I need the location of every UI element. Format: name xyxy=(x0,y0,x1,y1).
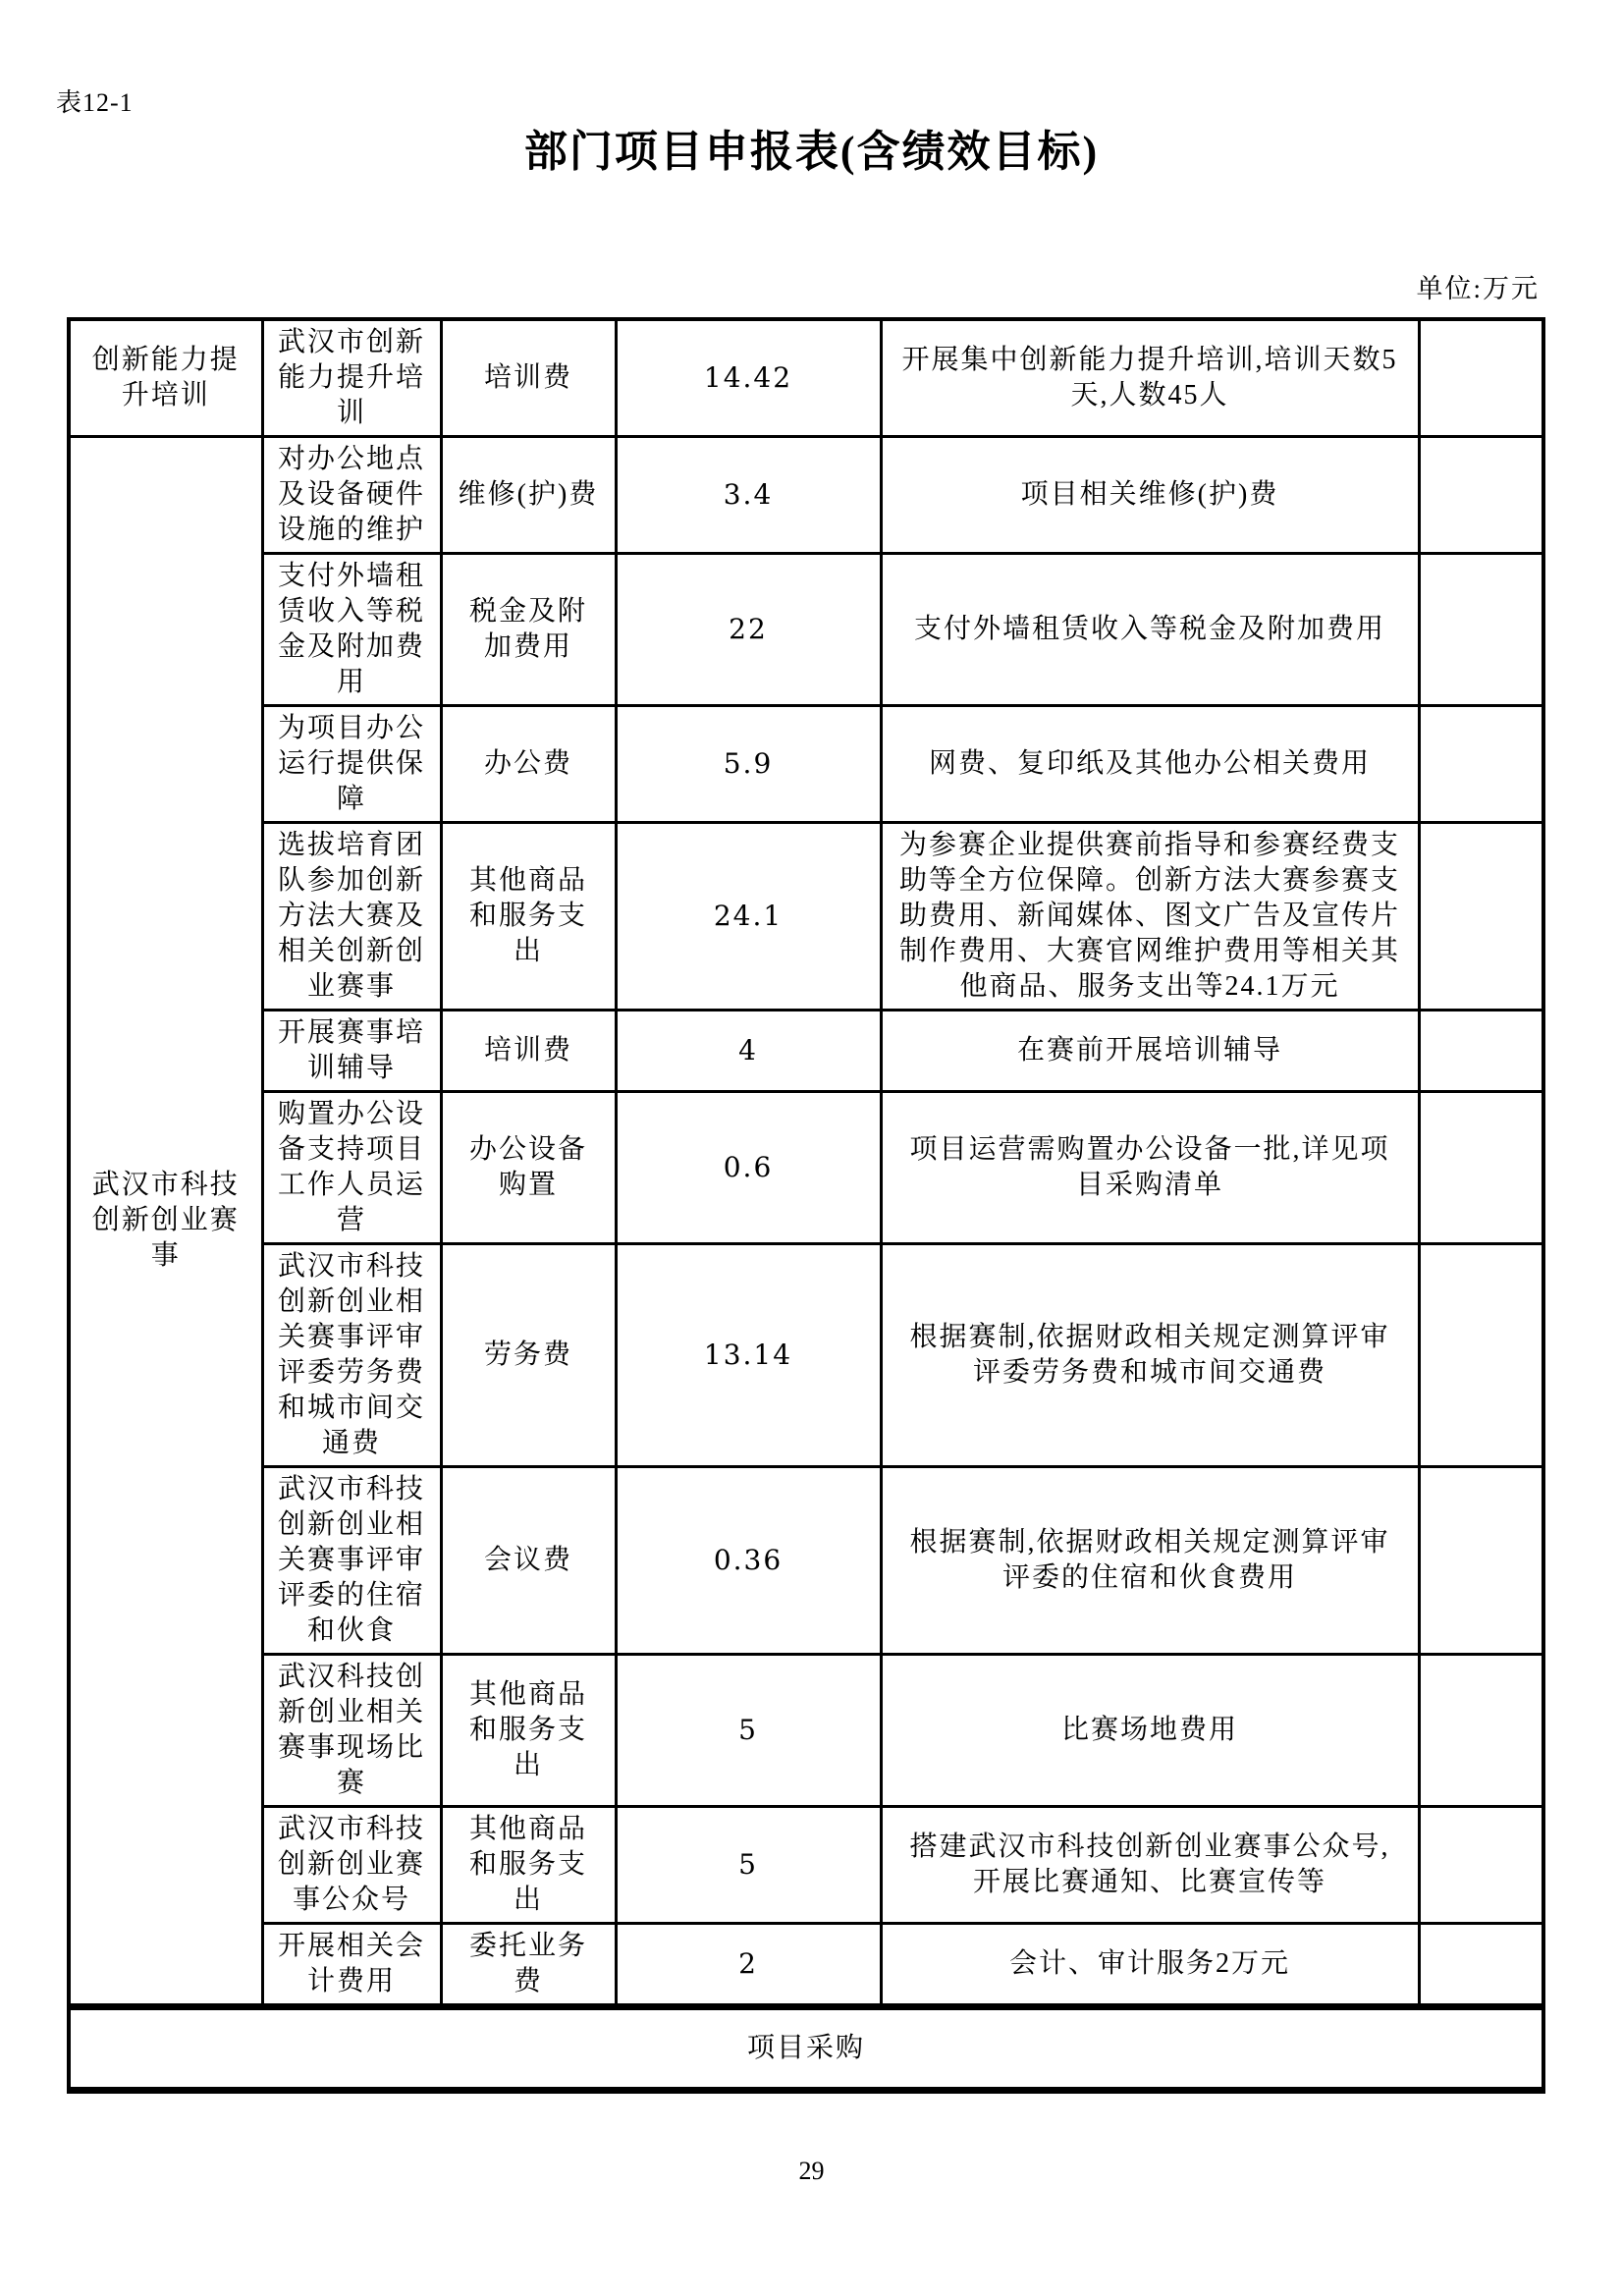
page-number: 29 xyxy=(0,2157,1623,2186)
table-number-label: 表12-1 xyxy=(56,82,134,119)
description-cell: 为参赛企业提供赛前指导和参赛经费支助等全方位保障。创新方法大赛参赛支助费用、新闻… xyxy=(881,823,1419,1011)
item-cell: 购置办公设备支持项目工作人员运营 xyxy=(262,1092,441,1244)
description-cell: 比赛场地费用 xyxy=(881,1655,1419,1807)
item-cell: 武汉科技创新创业相关赛事现场比赛 xyxy=(262,1655,441,1807)
description-cell: 根据赛制,依据财政相关规定测算评审评委的住宿和伙食费用 xyxy=(881,1467,1419,1655)
empty-cell xyxy=(1419,1011,1543,1092)
description-cell: 根据赛制,依据财政相关规定测算评审评委劳务费和城市间交通费 xyxy=(881,1244,1419,1467)
table-row: 购置办公设备支持项目工作人员运营 办公设备购置 0.6 项目运营需购置办公设备一… xyxy=(69,1092,1543,1244)
item-cell: 对办公地点及设备硬件设施的维护 xyxy=(262,437,441,554)
item-cell: 开展相关会计费用 xyxy=(262,1924,441,2007)
empty-cell xyxy=(1419,437,1543,554)
unit-note: 单位:万元 xyxy=(1416,267,1540,305)
expense-type-cell: 税金及附加费用 xyxy=(441,554,616,706)
empty-cell xyxy=(1419,823,1543,1011)
table-row: 选拔培育团队参加创新方法大赛及相关创新创业赛事 其他商品和服务支出 24.1 为… xyxy=(69,823,1543,1011)
table-row: 武汉科技创新创业相关赛事现场比赛 其他商品和服务支出 5 比赛场地费用 xyxy=(69,1655,1543,1807)
empty-cell xyxy=(1419,1467,1543,1655)
category-cell-merged: 武汉市科技创新创业赛事 xyxy=(69,437,262,2007)
amount-cell: 2 xyxy=(616,1924,881,2007)
table-row: 开展相关会计费用 委托业务费 2 会计、审计服务2万元 xyxy=(69,1924,1543,2007)
amount-cell: 3.4 xyxy=(616,437,881,554)
amount-cell: 0.6 xyxy=(616,1092,881,1244)
amount-cell: 14.42 xyxy=(616,319,881,437)
expense-type-cell: 办公费 xyxy=(441,706,616,823)
item-cell: 开展赛事培训辅导 xyxy=(262,1011,441,1092)
description-cell: 项目运营需购置办公设备一批,详见项目采购清单 xyxy=(881,1092,1419,1244)
empty-cell xyxy=(1419,1092,1543,1244)
empty-cell xyxy=(1419,706,1543,823)
expense-type-cell: 其他商品和服务支出 xyxy=(441,823,616,1011)
item-cell: 武汉市科技创新创业相关赛事评审评委劳务费和城市间交通费 xyxy=(262,1244,441,1467)
empty-cell xyxy=(1419,1924,1543,2007)
footer-cell: 项目采购 xyxy=(69,2007,1543,2091)
description-cell: 在赛前开展培训辅导 xyxy=(881,1011,1419,1092)
description-cell: 搭建武汉市科技创新创业赛事公众号,开展比赛通知、比赛宣传等 xyxy=(881,1807,1419,1924)
expense-type-cell: 办公设备购置 xyxy=(441,1092,616,1244)
description-cell: 开展集中创新能力提升培训,培训天数5天,人数45人 xyxy=(881,319,1419,437)
amount-cell: 5 xyxy=(616,1807,881,1924)
description-cell: 会计、审计服务2万元 xyxy=(881,1924,1419,2007)
expense-type-cell: 其他商品和服务支出 xyxy=(441,1807,616,1924)
empty-cell xyxy=(1419,554,1543,706)
amount-cell: 0.36 xyxy=(616,1467,881,1655)
empty-cell xyxy=(1419,1807,1543,1924)
item-cell: 为项目办公运行提供保障 xyxy=(262,706,441,823)
page-title: 部门项目申报表(含绩效目标) xyxy=(0,116,1623,179)
table-row: 项目采购 xyxy=(69,2007,1543,2091)
amount-cell: 5.9 xyxy=(616,706,881,823)
amount-cell: 4 xyxy=(616,1011,881,1092)
table-row: 开展赛事培训辅导 培训费 4 在赛前开展培训辅导 xyxy=(69,1011,1543,1092)
item-cell: 武汉市科技创新创业相关赛事评审评委的住宿和伙食 xyxy=(262,1467,441,1655)
description-cell: 支付外墙租赁收入等税金及附加费用 xyxy=(881,554,1419,706)
table-row: 武汉市科技创新创业相关赛事评审评委劳务费和城市间交通费 劳务费 13.14 根据… xyxy=(69,1244,1543,1467)
item-cell: 武汉市创新能力提升培训 xyxy=(262,319,441,437)
expense-type-cell: 委托业务费 xyxy=(441,1924,616,2007)
empty-cell xyxy=(1419,1244,1543,1467)
description-cell: 项目相关维修(护)费 xyxy=(881,437,1419,554)
item-cell: 武汉市科技创新创业赛事公众号 xyxy=(262,1807,441,1924)
amount-cell: 22 xyxy=(616,554,881,706)
budget-table: 创新能力提升培训 武汉市创新能力提升培训 培训费 14.42 开展集中创新能力提… xyxy=(67,317,1545,2094)
amount-cell: 24.1 xyxy=(616,823,881,1011)
category-cell: 创新能力提升培训 xyxy=(69,319,262,437)
expense-type-cell: 其他商品和服务支出 xyxy=(441,1655,616,1807)
item-cell: 支付外墙租赁收入等税金及附加费用 xyxy=(262,554,441,706)
expense-type-cell: 维修(护)费 xyxy=(441,437,616,554)
table-row: 武汉市科技创新创业相关赛事评审评委的住宿和伙食 会议费 0.36 根据赛制,依据… xyxy=(69,1467,1543,1655)
amount-cell: 13.14 xyxy=(616,1244,881,1467)
expense-type-cell: 培训费 xyxy=(441,1011,616,1092)
table-row: 创新能力提升培训 武汉市创新能力提升培训 培训费 14.42 开展集中创新能力提… xyxy=(69,319,1543,437)
table-row: 武汉市科技创新创业赛事 对办公地点及设备硬件设施的维护 维修(护)费 3.4 项… xyxy=(69,437,1543,554)
description-cell: 网费、复印纸及其他办公相关费用 xyxy=(881,706,1419,823)
expense-type-cell: 劳务费 xyxy=(441,1244,616,1467)
table-row: 为项目办公运行提供保障 办公费 5.9 网费、复印纸及其他办公相关费用 xyxy=(69,706,1543,823)
expense-type-cell: 培训费 xyxy=(441,319,616,437)
empty-cell xyxy=(1419,1655,1543,1807)
item-cell: 选拔培育团队参加创新方法大赛及相关创新创业赛事 xyxy=(262,823,441,1011)
table-row: 支付外墙租赁收入等税金及附加费用 税金及附加费用 22 支付外墙租赁收入等税金及… xyxy=(69,554,1543,706)
amount-cell: 5 xyxy=(616,1655,881,1807)
expense-type-cell: 会议费 xyxy=(441,1467,616,1655)
empty-cell xyxy=(1419,319,1543,437)
table-row: 武汉市科技创新创业赛事公众号 其他商品和服务支出 5 搭建武汉市科技创新创业赛事… xyxy=(69,1807,1543,1924)
